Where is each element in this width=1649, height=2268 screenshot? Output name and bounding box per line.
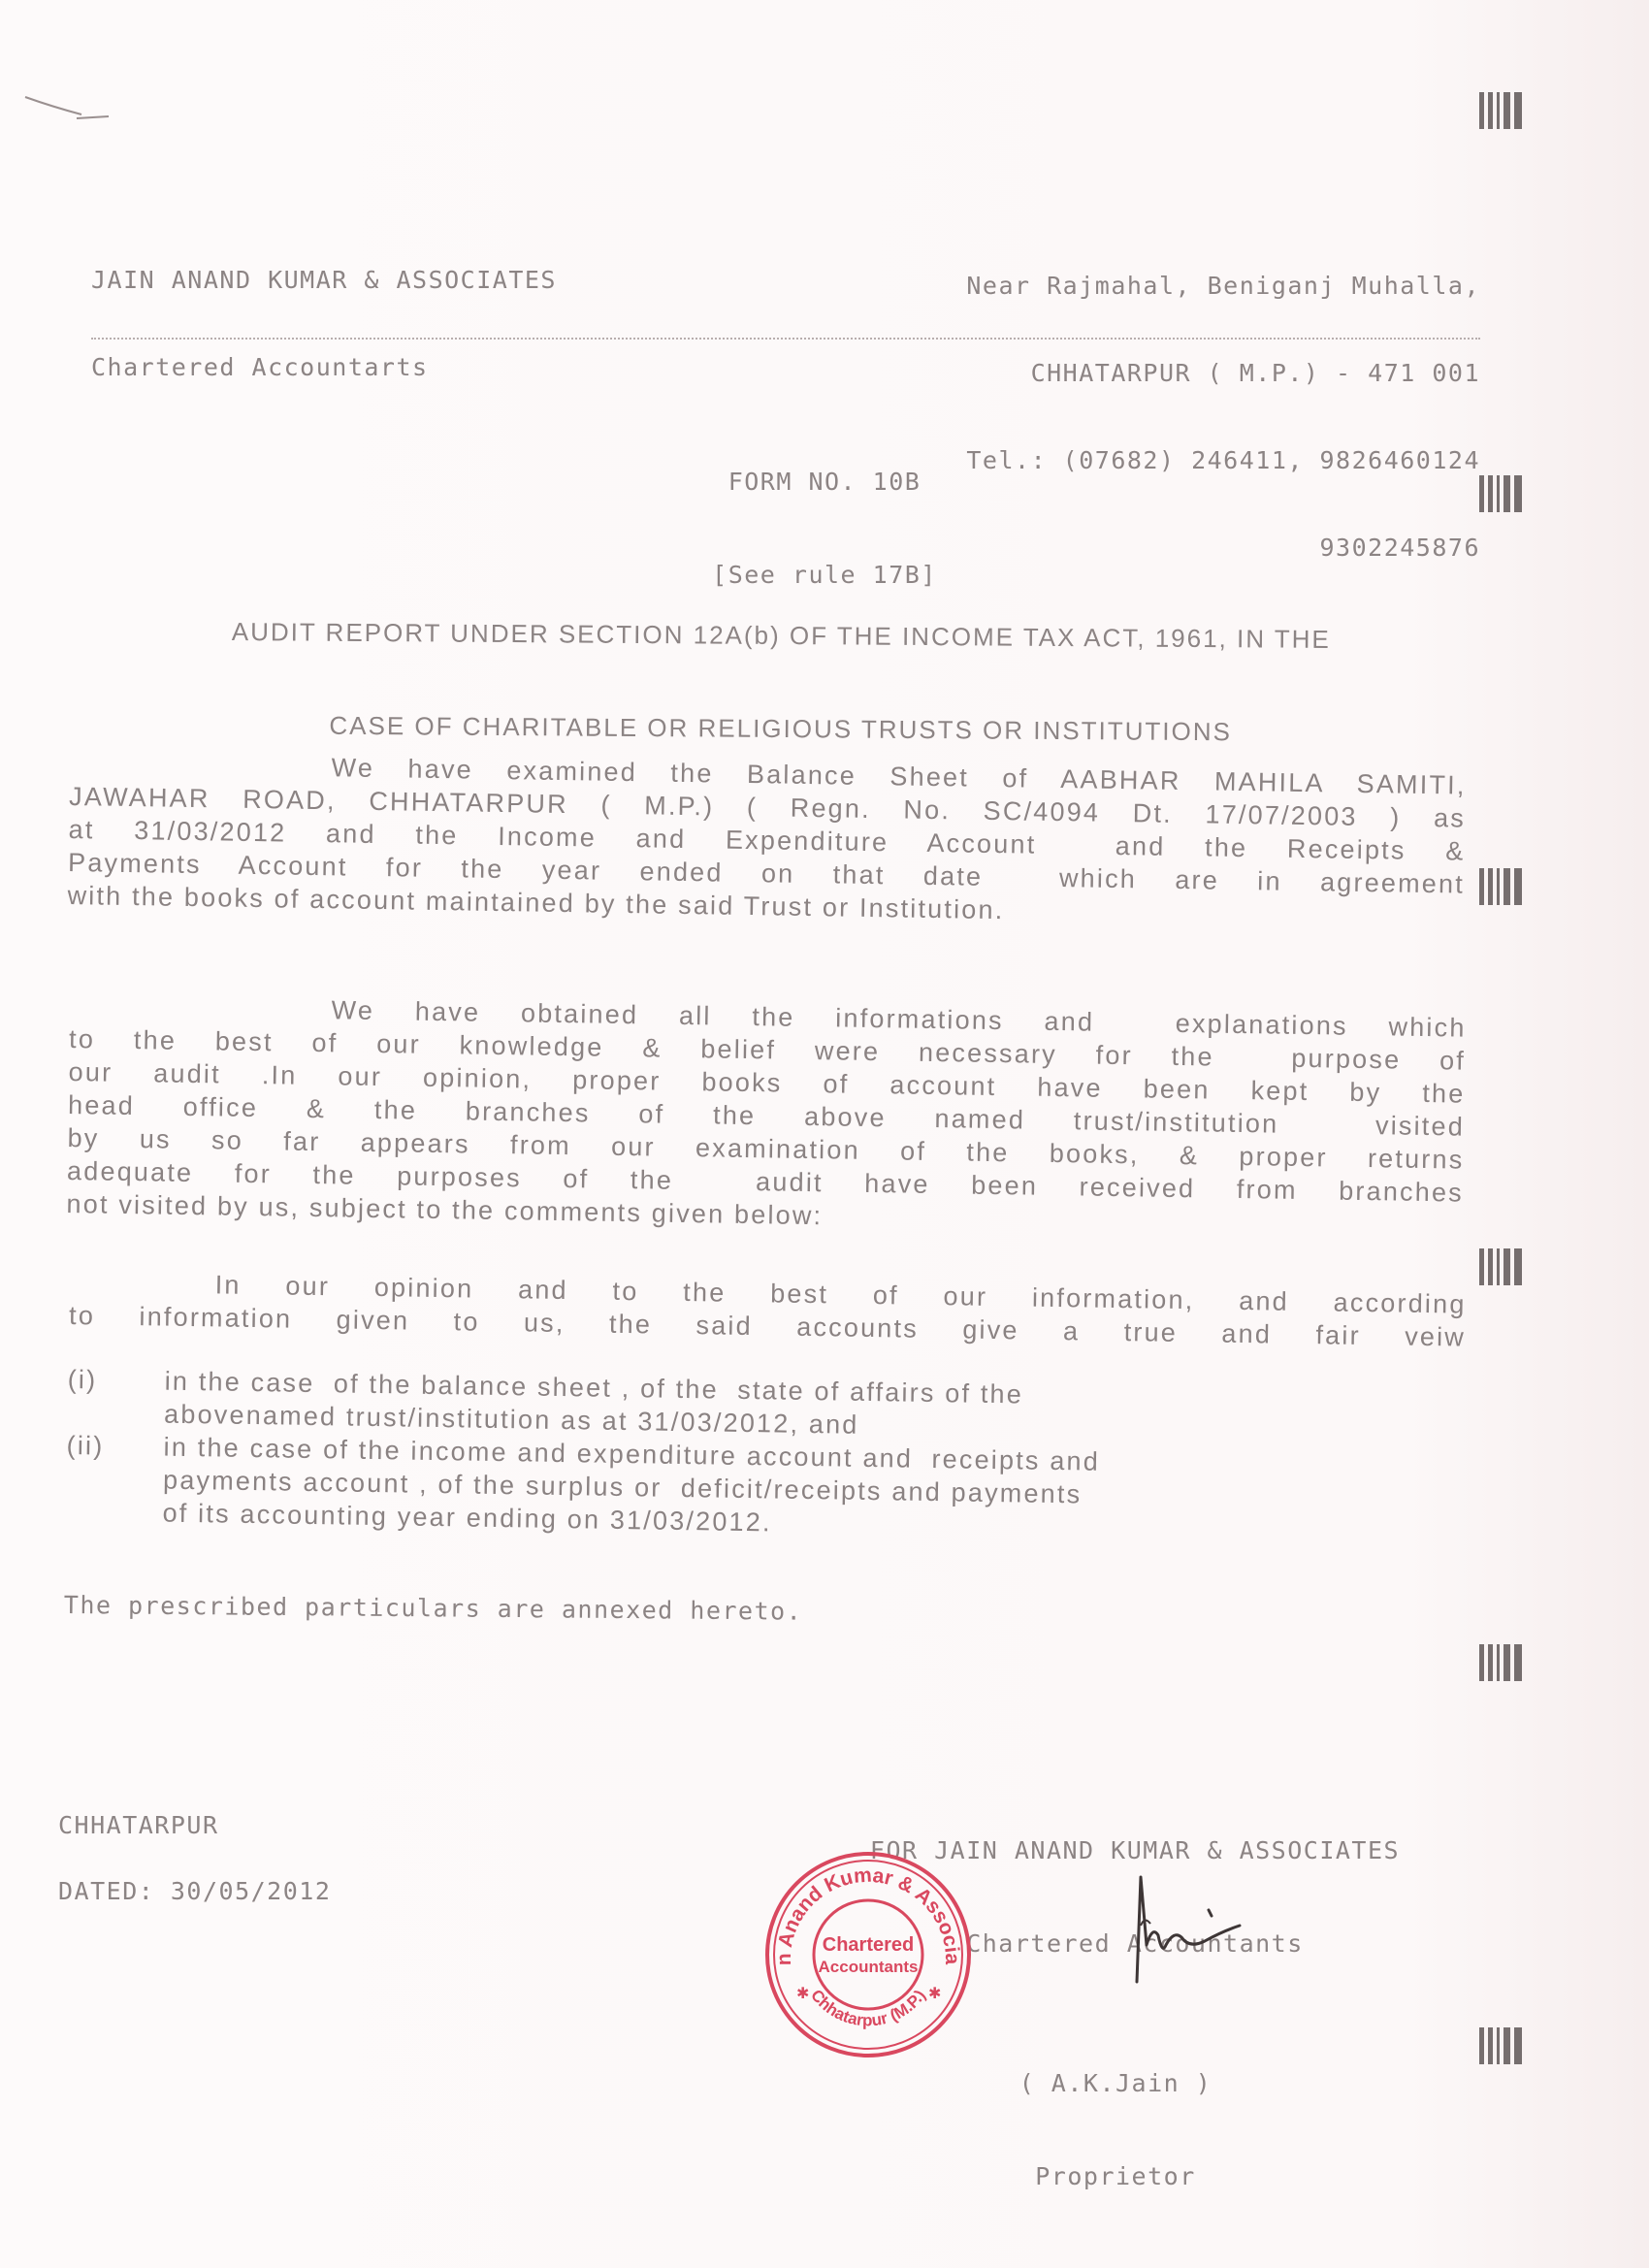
place: CHHATARPUR — [58, 1811, 219, 1839]
svg-text:✱: ✱ — [928, 1986, 941, 2002]
letterhead-divider — [91, 338, 1480, 340]
svg-text:Chartered: Chartered — [823, 1934, 914, 1956]
address-line-2: CHHATARPUR ( M.P.) - 471 001 — [863, 359, 1480, 388]
binding-mark-icon — [1479, 475, 1528, 512]
svg-text:Accountants: Accountants — [819, 1958, 919, 1976]
item-number: (i) — [67, 1363, 165, 1431]
signatory-designation: Proprietor — [989, 2161, 1242, 2192]
binding-mark-icon — [1479, 1248, 1528, 1285]
annex-note: The prescribed particulars are annexed h… — [64, 1591, 803, 1626]
signatory-name: ( A.K.Jain ) — [989, 2068, 1242, 2099]
form-number: FORM NO. 10B — [0, 467, 1649, 498]
address-line-1: Near Rajmahal, Beniganj Muhalla, — [863, 272, 1480, 301]
svg-text:✱: ✱ — [796, 1986, 809, 2002]
binding-mark-icon — [1479, 92, 1528, 129]
paragraph-information: We have obtained all the informations an… — [66, 989, 1467, 1243]
binding-mark-icon — [1479, 1644, 1528, 1681]
firm-name: JAIN ANAND KUMAR & ASSOCIATES — [91, 266, 557, 295]
paragraph-opinion: In our opinion and to the best of our in… — [69, 1266, 1467, 1354]
firm-subtitle: Chartered Accountarts — [91, 353, 557, 382]
report-title-line-1: AUDIT REPORT UNDER SECTION 12A(b) OF THE… — [97, 615, 1465, 656]
item-number: (ii) — [65, 1429, 164, 1530]
paragraph-examination: We have examined the Balance Sheet of AA… — [67, 747, 1466, 934]
report-title-line-2: CASE OF CHARITABLE OR RELIGIOUS TRUSTS O… — [97, 708, 1465, 749]
binding-mark-icon — [1479, 2027, 1528, 2064]
opinion-items: (i) in the case of the balance sheet , o… — [65, 1363, 1473, 1550]
scan-corner-mark-icon — [23, 93, 111, 122]
document-page: JAIN ANAND KUMAR & ASSOCIATES Chartered … — [0, 0, 1649, 2268]
binding-mark-icon — [1479, 868, 1528, 905]
signature-icon — [1115, 1867, 1242, 1993]
signatory-block: ( A.K.Jain ) Proprietor — [989, 2006, 1242, 2254]
opinion-item-income-expenditure: (ii) in the case of the income and expen… — [65, 1429, 1472, 1550]
dated: DATED: 30/05/2012 — [58, 1877, 331, 1905]
firm-seal-stamp-icon: Jain Anand Kumar & Associates Chhatarpur… — [761, 1848, 975, 2061]
